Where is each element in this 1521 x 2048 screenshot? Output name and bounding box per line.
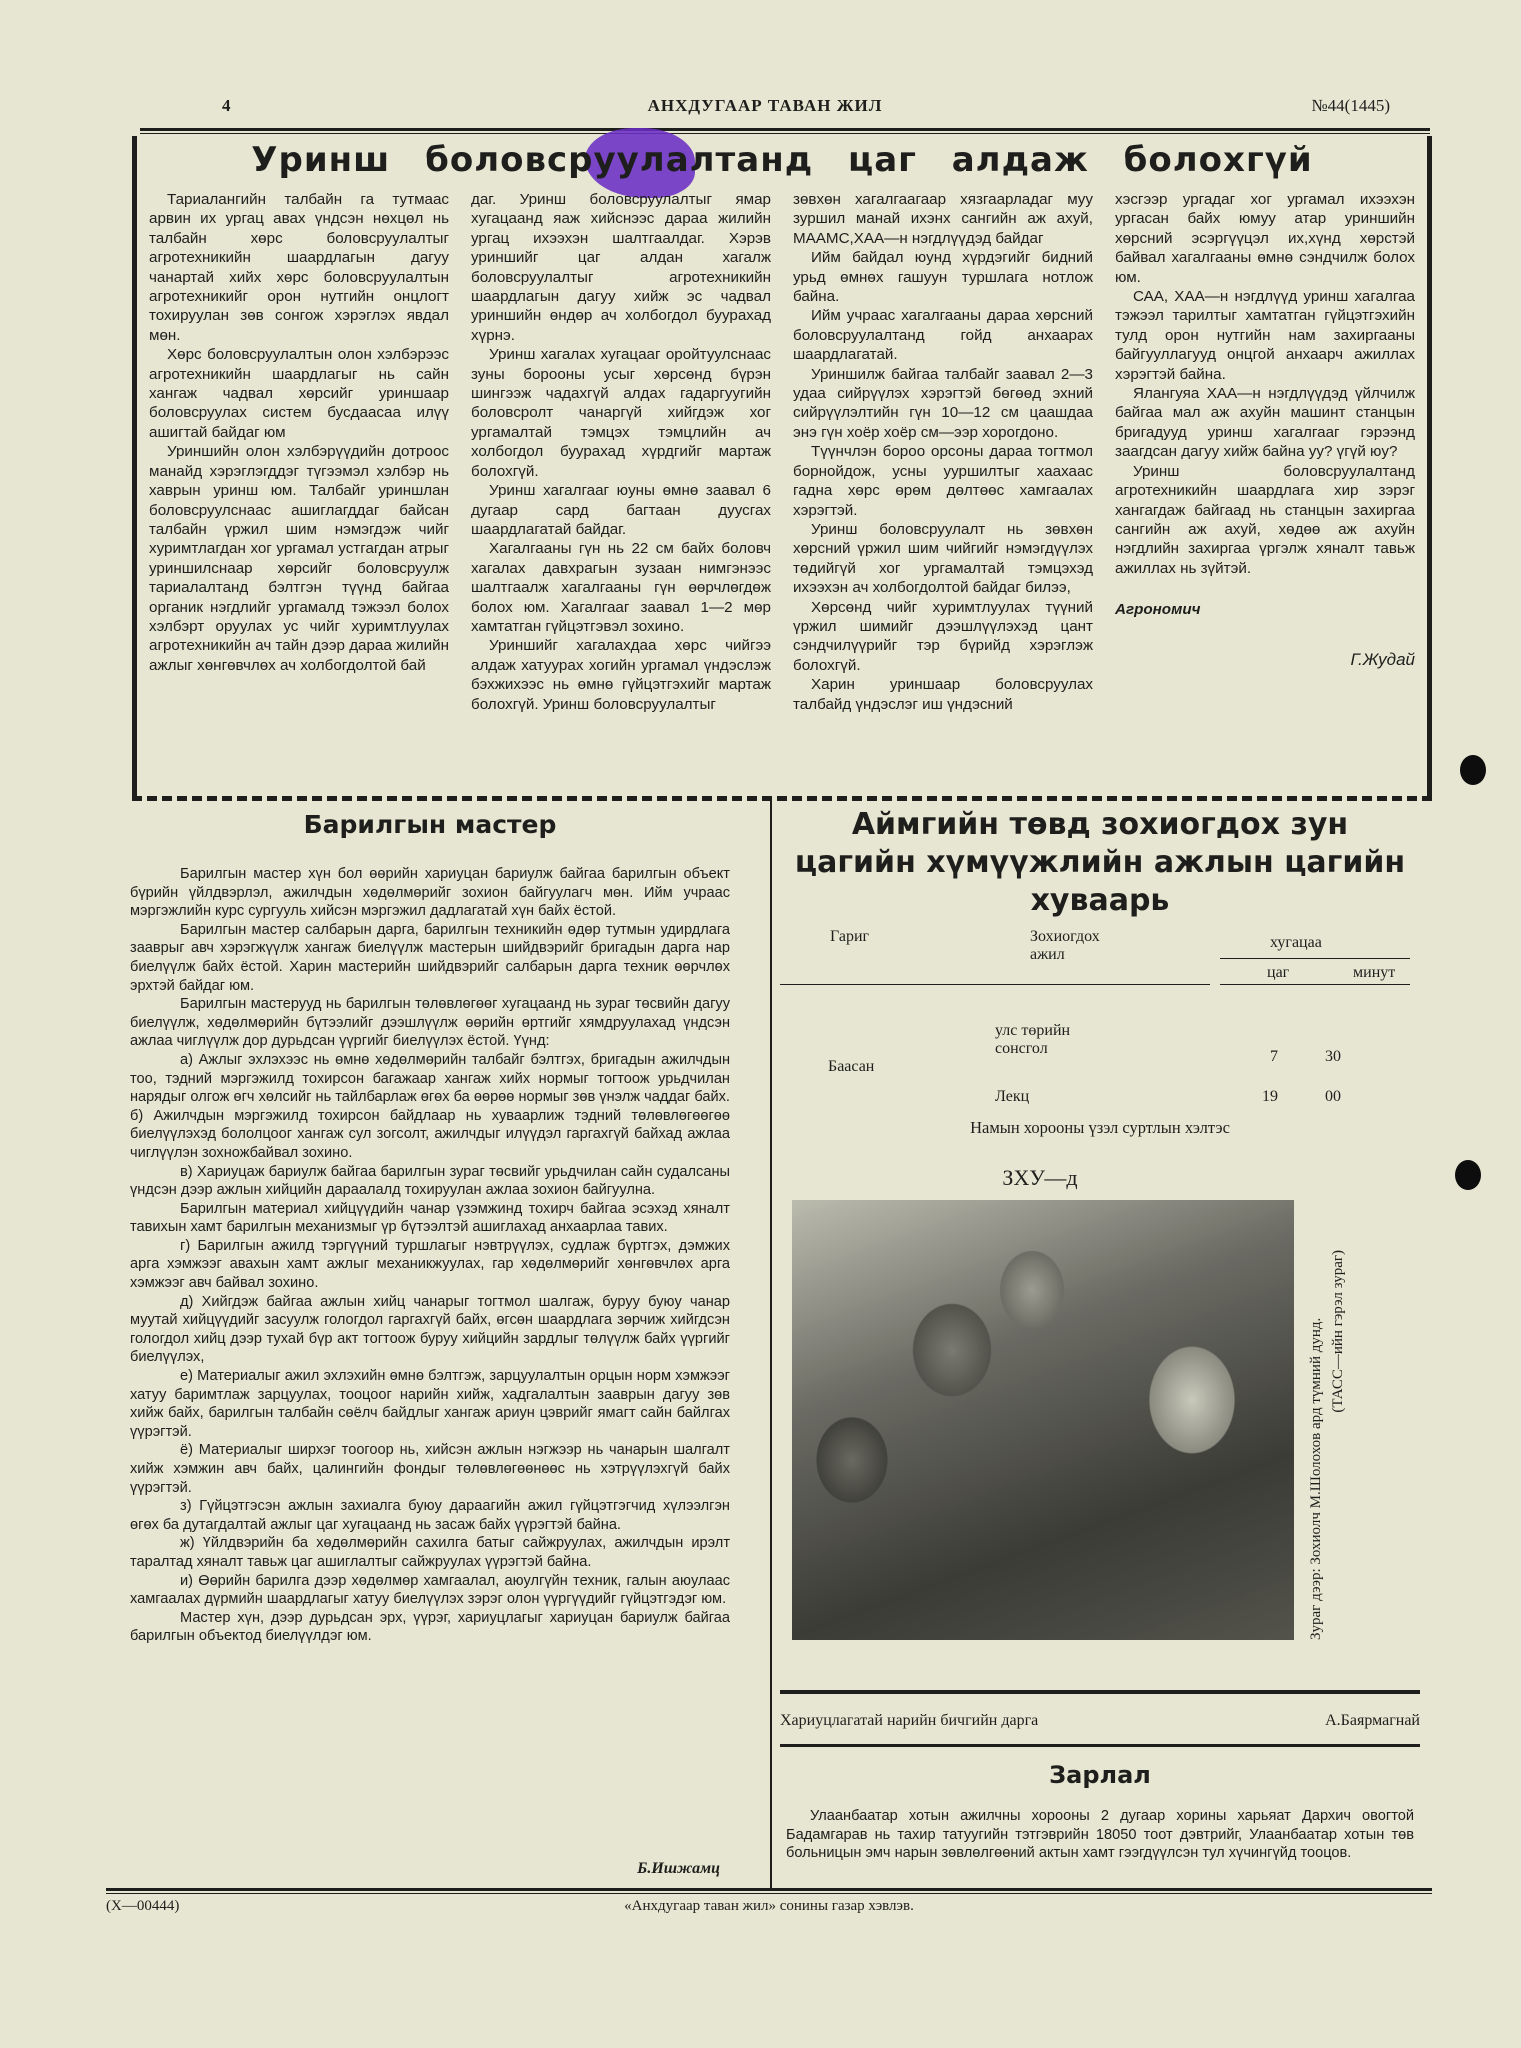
column-divider bbox=[770, 800, 772, 1890]
caption-line: Зураг дээр: Зохиолч М.Шолохов ард түмний… bbox=[1305, 1190, 1327, 1640]
paragraph: Тариалангийн талбайн га тутмаас арвин их… bbox=[149, 190, 449, 345]
paper-title: АНХДУГААР ТАВАН ЖИЛ bbox=[140, 96, 1390, 116]
responsible-secretary: Хариуцлагатай нарийн бичгийн дарга А.Бая… bbox=[780, 1694, 1420, 1744]
schedule-title-line: хуваарь bbox=[780, 882, 1420, 920]
left-article: Барилгын мастер Барилгын мастер хүн бол … bbox=[130, 800, 730, 1890]
photo-caption-text: Зураг дээр: Зохиолч М.Шолохов ард түмний… bbox=[1305, 1190, 1349, 1640]
issue-number: №44(1445) bbox=[1311, 96, 1390, 116]
paragraph: Уринш боловсруулалтанд агротехникийн шаа… bbox=[1115, 462, 1415, 578]
paragraph: ё) Материалыг ширхэг тоогоор нь, хийсэн … bbox=[130, 1441, 730, 1497]
activity-minute: 30 bbox=[1325, 1048, 1341, 1066]
paragraph: Харин уриншаар боловсруулах талбайд үндэ… bbox=[793, 675, 1093, 714]
paragraph: Ийм учраас хагалгааны дараа хөрсний боло… bbox=[793, 306, 1093, 364]
paragraph: Хагалгааны гүн нь 22 см байх боловч хага… bbox=[471, 539, 771, 636]
paragraph: Түүнчлэн бороо орсоны дараа тогтмол борн… bbox=[793, 442, 1093, 520]
paragraph: Уриншийг хагалахдаа хөрс чийгээ алдаж ха… bbox=[471, 636, 771, 714]
header-rule bbox=[1220, 958, 1410, 959]
schedule-organizer: Намын хорооны үзэл суртлын хэлтэс bbox=[780, 1118, 1420, 1138]
photo-caption: Зураг дээр: Зохиолч М.Шолохов ард түмний… bbox=[1305, 1190, 1425, 1640]
paragraph: е) Материалыг ажил эхлэхийн өмнө бэлтгэж… bbox=[130, 1367, 730, 1441]
header-day: Гариг bbox=[830, 928, 869, 946]
left-article-author: Б.Ишжамц bbox=[637, 1860, 720, 1878]
paragraph: Хөрсөнд чийг хуримтлуулах түүний үржил ш… bbox=[793, 598, 1093, 676]
paragraph: г) Барилгын ажилд тэргүүний туршлагыг нэ… bbox=[130, 1237, 730, 1293]
paragraph: Барилгын материал хийцүүдийн чанар үзэмж… bbox=[130, 1200, 730, 1237]
header-activity: Зохиогдох bbox=[1030, 928, 1100, 946]
paragraph: Ийм байдал юунд хүрдэгийг бидний урьд өм… bbox=[793, 248, 1093, 306]
responsible-label: Хариуцлагатай нарийн бичгийн дарга bbox=[780, 1712, 1038, 1730]
schedule-title-line: Аймгийн төвд зохиогдох зун bbox=[780, 806, 1420, 844]
top-article-column-2: даг. Уринш боловсруулалтыг ямар хугацаан… bbox=[471, 190, 771, 714]
punch-hole bbox=[1455, 1160, 1481, 1190]
paragraph: Барилгын мастер салбарын дарга, барилгын… bbox=[130, 921, 730, 995]
paragraph: даг. Уринш боловсруулалтыг ямар хугацаан… bbox=[471, 190, 771, 345]
photo-credit: (ТАСС—ийн гэрэл зураг) bbox=[1327, 1190, 1349, 1640]
header-hour: цаг bbox=[1267, 964, 1289, 982]
paragraph: а) Ажлыг эхлэхээс нь өмнө хөдөлмөрийн та… bbox=[130, 1051, 730, 1163]
activity-minute: 00 bbox=[1325, 1088, 1341, 1106]
responsible-name: А.Баярмагнай bbox=[1325, 1712, 1420, 1730]
footer-rule bbox=[106, 1888, 1432, 1894]
paragraph: САА, ХАА—н нэгдлүүд уринш хагалгаа тэжээ… bbox=[1115, 287, 1415, 384]
header-minute: минут bbox=[1353, 964, 1395, 982]
paragraph: Барилгын мастер хүн бол өөрийн хариуцан … bbox=[130, 865, 730, 921]
header-activity-2: ажил bbox=[1030, 946, 1065, 964]
top-article: Уринш боловсруулалтанд цаг алдаж болохгү… bbox=[132, 136, 1432, 801]
paragraph: Уринш боловсруулалт нь зөвхөн хөрсний үр… bbox=[793, 520, 1093, 598]
activity-name-2: сонсгол bbox=[995, 1040, 1048, 1058]
author-title: Агрономич bbox=[1115, 600, 1415, 619]
paragraph: Мастер хүн, дээр дурьдсан эрх, үүрэг, ха… bbox=[130, 1609, 730, 1646]
schedule-title: Аймгийн төвд зохиогдох зун цагийн хүмүүж… bbox=[780, 806, 1420, 920]
news-photo bbox=[792, 1200, 1294, 1640]
paragraph: Уриншийн олон хэлбэрүүдийн дотроос манай… bbox=[149, 442, 449, 675]
paragraph: ж) Үйлдвэрийн ба хөдөлмөрийн сахилга бат… bbox=[130, 1534, 730, 1571]
paragraph: з) Гүйцэтгэсэн ажлын захиалга буюу дараа… bbox=[130, 1497, 730, 1534]
author-name: Г.Жудай bbox=[1115, 650, 1415, 669]
paragraph: Уринш хагалах хугацааг оройтуулснаас зун… bbox=[471, 345, 771, 481]
notice-title: Зарлал bbox=[780, 1761, 1420, 1789]
photo-title: ЗХУ—д bbox=[780, 1165, 1300, 1191]
punch-hole bbox=[1460, 755, 1486, 785]
schedule-title-line: цагийн хүмүүжлийн ажлын цагийн bbox=[780, 844, 1420, 882]
masthead: 4 АНХДУГААР ТАВАН ЖИЛ №44(1445) bbox=[140, 96, 1390, 124]
activity-name: Лекц bbox=[995, 1088, 1029, 1106]
top-article-column-4: хэсгээр ургадаг хог ургамал ихээхэн урга… bbox=[1115, 190, 1415, 714]
header-time-group: хугацаа bbox=[1270, 934, 1322, 952]
activity-name: улс төрийн bbox=[995, 1022, 1070, 1040]
top-article-column-1: Тариалангийн талбайн га тутмаас арвин их… bbox=[149, 190, 449, 714]
top-article-column-3: зөвхөн хагалгаагаар хязгаарладаг муу зур… bbox=[793, 190, 1093, 714]
top-article-headline: Уринш боловсруулалтанд цаг алдаж болохгү… bbox=[137, 140, 1427, 180]
masthead-rule bbox=[140, 128, 1430, 134]
schedule-day: Баасан bbox=[828, 1058, 874, 1076]
notice-section: Хариуцлагатай нарийн бичгийн дарга А.Бая… bbox=[780, 1690, 1420, 1863]
top-article-columns: Тариалангийн талбайн га тутмаас арвин их… bbox=[149, 190, 1415, 714]
paragraph: Уринш хагалгааг юуны өмнө заавал 6 дугаа… bbox=[471, 481, 771, 539]
paragraph: Ялангуяа ХАА—н нэгдлүүдэд үйлчилж байгаа… bbox=[1115, 384, 1415, 462]
paragraph: д) Хийгдэж байгаа ажлын хийц чанарыг тог… bbox=[130, 1293, 730, 1367]
paragraph: хэсгээр ургадаг хог ургамал ихээхэн урга… bbox=[1115, 190, 1415, 287]
footer: (Х—00444) «Анхдугаар таван жил» сонины г… bbox=[106, 1888, 1432, 1922]
header-rule bbox=[780, 984, 1210, 985]
left-article-title: Барилгын мастер bbox=[130, 810, 730, 839]
schedule-table: Гариг Зохиогдох ажил хугацаа цаг минут Б… bbox=[780, 920, 1420, 1170]
left-article-body: Барилгын мастер хүн бол өөрийн хариуцан … bbox=[130, 865, 730, 1646]
header-rule bbox=[1220, 984, 1410, 985]
section-rule bbox=[780, 1744, 1420, 1747]
schedule-section: Аймгийн төвд зохиогдох зун цагийн хүмүүж… bbox=[780, 800, 1420, 1170]
footer-row: (Х—00444) «Анхдугаар таван жил» сонины г… bbox=[106, 1898, 1432, 1922]
paragraph: Уриншилж байгаа талбайг заавал 2—3 удаа … bbox=[793, 365, 1093, 443]
activity-hour: 19 bbox=[1262, 1088, 1278, 1106]
paragraph: Хөрс боловсруулалтын олон хэлбэрээс агро… bbox=[149, 345, 449, 442]
paragraph: Барилгын мастерууд нь барилгын төлөвлөгө… bbox=[130, 995, 730, 1051]
notice-body: Улаанбаатар хотын ажилчны хорооны 2 дуга… bbox=[786, 1807, 1414, 1863]
paragraph: в) Хариуцаж бариулж байгаа барилгын зура… bbox=[130, 1163, 730, 1200]
paragraph: зөвхөн хагалгаагаар хязгаарладаг муу зур… bbox=[793, 190, 1093, 248]
activity-hour: 7 bbox=[1270, 1048, 1278, 1066]
footer-printer: «Анхдугаар таван жил» сонины газар хэвлэ… bbox=[106, 1898, 1432, 1915]
paragraph: и) Өөрийн барилга дээр хөдөлмөр хамгаала… bbox=[130, 1572, 730, 1609]
